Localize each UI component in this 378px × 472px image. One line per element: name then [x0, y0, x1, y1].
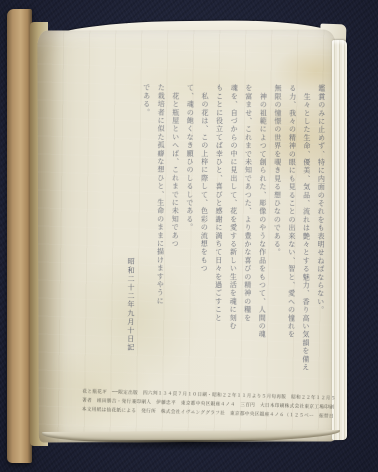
text-column: 魂を、自づからの中に見出して、花を愛する新しい生活を魂に刻む: [225, 84, 241, 410]
text-column: 花と瓶屋といへば、これまでに未知であつ: [167, 84, 183, 410]
text-column: もことに役立てば幸ひと、喜びと感謝に満ちて日々を過ごすこと: [210, 84, 226, 410]
text-column: 鑑賞のみに止めず、特に内面のそれをも表明せねばならない。: [313, 84, 329, 410]
text-column: て、魂の飽くなき願ひのしるしである。: [181, 84, 197, 410]
text-column: を富ませ、これまで未知であつた、より豊かな喜びの精神の糧を: [240, 84, 256, 410]
book-cast-shadow: [28, 440, 344, 460]
vertical-text-block: 鑑賞のみに止めず、特に内面のそれをも表明せねばならない。 生々とした生命、優美、…: [111, 83, 329, 410]
text-column: 生々とした生命、優美、気品、流れは艶々とする魅力、香り高い気韻を備え: [298, 84, 314, 410]
photo-of-open-book: 鑑賞のみに止めず、特に内面のそれをも表明せねばならない。 生々とした生命、優美、…: [0, 0, 378, 472]
text-column: 神の祖範によつて創られた、彫像のやうな作品をもつて、人間の魂: [254, 84, 270, 410]
text-column: 無限の憧憬の世界を覗き見る想ひなのである。: [269, 84, 285, 410]
text-column: 私の花は、この上梓に際して、色彩の流想をもつ: [196, 84, 212, 410]
fore-edge-page-stack: [332, 40, 347, 440]
text-column: る力、我々の精神の眼にも見ることの出来ない、智と、愛への憧れを: [283, 84, 299, 410]
date-column: 昭和二十二年九月十日記: [123, 83, 139, 409]
text-column: である。: [137, 84, 153, 410]
book-cover-edge: [7, 9, 32, 463]
text-column: た栽培者に似た孤癖な想ひと、生命のままに描けますやうに: [152, 84, 168, 410]
